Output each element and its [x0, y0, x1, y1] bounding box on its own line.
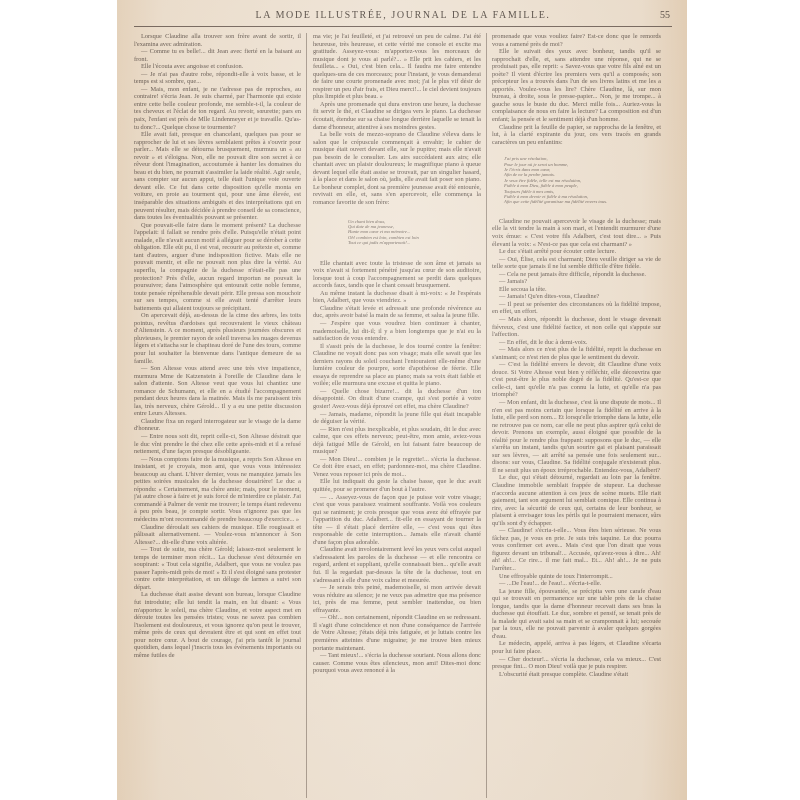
poem-verse-block: Un chant bien doux,Qui date de ma jeunes…: [313, 219, 481, 246]
paragraph: Le duc, qui s'était détourné, regardait …: [492, 474, 661, 527]
paragraph: — Mais alors, répondit la duchesse, dont…: [492, 316, 661, 339]
text-column-1: Lorsque Claudine alla trouver son frère …: [134, 33, 301, 793]
paragraph: — C'est la fidélité envers le devoir, di…: [492, 361, 661, 399]
poem-verse-block: J'ai pris une résolution,Pour le jour où…: [492, 156, 661, 205]
paragraph: ma vie; je l'ai feuilleté, et j'ai retro…: [313, 33, 481, 101]
column-divider: [306, 33, 307, 798]
paragraph: — Tant mieux!... s'écria la duchesse sou…: [313, 652, 481, 675]
paragraph: Elle avait fait, presque en chancelant, …: [134, 131, 301, 222]
newspaper-page: LA MODE ILLUSTRÉE, JOURNAL DE LA FAMILLE…: [117, 0, 687, 800]
poem-line: Tout ce qui jadis m'appartenait!...: [348, 240, 481, 245]
paragraph: — J'espère que vous voudrez bien continu…: [313, 320, 481, 343]
paragraph: — Rien n'est plus inexplicable, et plus …: [313, 426, 481, 456]
paragraph: — Je serais très peiné, mademoiselle, si…: [313, 584, 481, 614]
paragraph: Une effroyable quinte de toux l'interrom…: [492, 573, 661, 581]
paragraph: — Mais, mon enfant, je ne t'adresse pas …: [134, 86, 301, 131]
paragraph: Il s'assit près de la duchesse, le dos t…: [313, 343, 481, 388]
paragraph: L'obscurité était presque complète. Clau…: [492, 671, 661, 679]
paragraph: Claudine avait involontairement levé les…: [313, 546, 481, 584]
paragraph: — Comme tu es belle!... dit Jean avec fi…: [134, 48, 301, 63]
paragraph: — Jamais, madame, répondit la jeune fill…: [313, 411, 481, 426]
paragraph: — ...De l'eau!... de l'eau!... s'écria-t…: [492, 580, 661, 588]
paragraph: — Cela ne peut jamais être difficile, ré…: [492, 271, 661, 279]
paragraph: — Quelle chose bizarre!... dit la duches…: [313, 388, 481, 411]
paragraph: Que pouvait-elle faire dans le moment pr…: [134, 222, 301, 313]
paragraph: Le médecin, appelé, arriva à pas légers,…: [492, 640, 661, 655]
paragraph: Elle lui indiquait du geste la chaise ba…: [313, 478, 481, 493]
paragraph: — Mais alors ce n'est plus de la fidélit…: [492, 346, 661, 361]
paragraph: — Il peut se présenter des circonstances…: [492, 301, 661, 316]
paragraph: Elle le suivait des yeux avec bonheur, t…: [492, 48, 661, 123]
paragraph: — Jamais?: [492, 278, 661, 286]
paragraph: La jeune fille, épouvantée, se précipita…: [492, 588, 661, 641]
paragraph: La duchesse était assise devant son bure…: [134, 591, 301, 659]
column-divider: [486, 33, 487, 798]
paragraph: On apercevait déjà, au-dessus de la cime…: [134, 312, 301, 365]
text-column-3: promenade que vous vouliez faire? Est-ce…: [492, 33, 661, 793]
paragraph: — En effet, dit le duc à demi-voix.: [492, 339, 661, 347]
paragraph: — Tout de suite, ma chère Gérold; laisse…: [134, 546, 301, 591]
paragraph: — Oh!... non certainement, répondit Clau…: [313, 614, 481, 652]
journal-title: LA MODE ILLUSTRÉE, JOURNAL DE LA FAMILLE…: [134, 10, 672, 21]
paragraph: Elle secoua la tête.: [492, 286, 661, 294]
paragraph: — ... Asseyez-vous de façon que je puiss…: [313, 494, 481, 547]
paragraph: — Claudine! s'écria-t-elle... Vous êtes …: [492, 527, 661, 572]
paragraph: — Jamais! Qu'en dites-vous, Claudine?: [492, 293, 661, 301]
paragraph: promenade que vous vouliez faire? Est-ce…: [492, 33, 661, 48]
poem-line: Afin que cette fidélité garantisse ma fi…: [504, 199, 661, 204]
paragraph: — Oui, Élise, cela est charmant; Dieu ve…: [492, 256, 661, 271]
page-number: 55: [660, 10, 670, 21]
paragraph: La belle voix de mezzo-soprano de Claudi…: [313, 131, 481, 206]
paragraph: Le duc s'était arrêté pour écouter cette…: [492, 248, 661, 256]
paragraph: — Mon Dieu!... combien je le regrette!..…: [313, 456, 481, 479]
paragraph: Claudine s'était levée et adressait une …: [313, 305, 481, 320]
paragraph: Elle chantait avec toute la tristesse de…: [313, 260, 481, 290]
paragraph: — Mon enfant, dit la duchesse, c'est là …: [492, 399, 661, 474]
paragraph: Après une promenade qui dura environ une…: [313, 101, 481, 131]
paragraph: — Son Altesse vous attend avec une très …: [134, 365, 301, 418]
paragraph: Elle l'écouta avec angoisse et confusion…: [134, 63, 301, 71]
paragraph: — Cher docteur!... s'écria la duchesse, …: [492, 656, 661, 671]
paragraph: Claudine déroulait ses cahiers de musiqu…: [134, 524, 301, 547]
paragraph: — Je n'ai pas d'autre robe, répondit-ell…: [134, 71, 301, 86]
paragraph: — Entre nous soit dit, reprit celle-ci, …: [134, 433, 301, 456]
paragraph: — Nous comptons faire de la musique, a r…: [134, 456, 301, 524]
paragraph: Claudine ne pouvait apercevoir le visage…: [492, 218, 661, 248]
paragraph: Au même instant la duchesse disait à mi-…: [313, 290, 481, 305]
text-column-2: ma vie; je l'ai feuilleté, et j'ai retro…: [313, 33, 481, 793]
page-header: LA MODE ILLUSTRÉE, JOURNAL DE LA FAMILLE…: [134, 8, 672, 27]
paragraph: Lorsque Claudine alla trouver son frère …: [134, 33, 301, 48]
paragraph: Claudine prit la feuille de papier, se r…: [492, 124, 661, 147]
paragraph: Claudine fixa un regard interrogateur su…: [134, 418, 301, 433]
